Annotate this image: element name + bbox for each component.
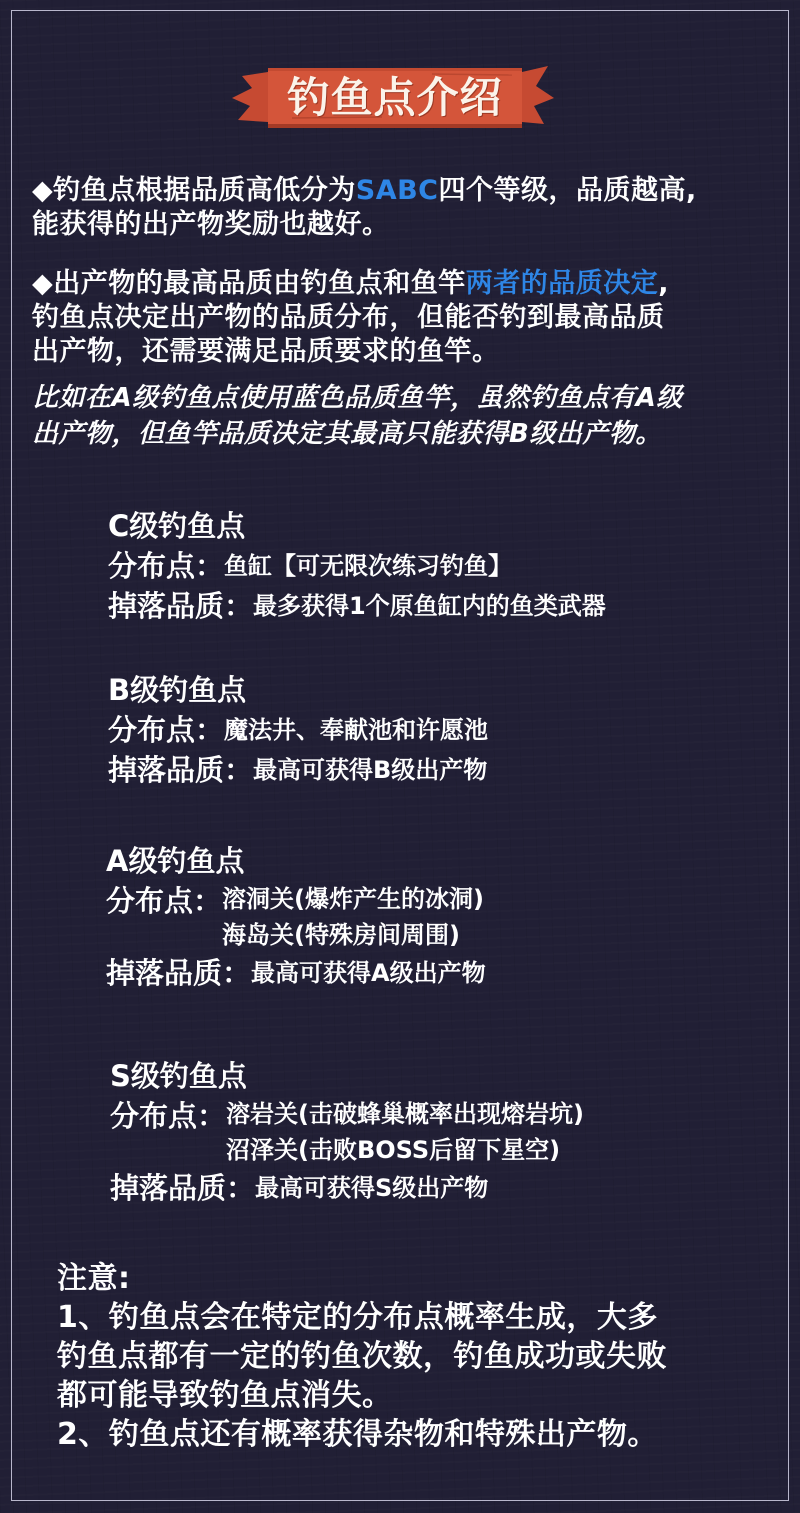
diamond-bullet-icon: ◆: [32, 175, 53, 206]
highlight-sabc: SABC: [356, 175, 439, 206]
note-line: 都可能导致钓鱼点消失。: [57, 1376, 667, 1415]
distribution-row: 分布点： 溶岩关(击破蜂巢概率出现熔岩坑) 沼泽关(击败BOSS后留下星空): [110, 1096, 584, 1168]
note-line: 1、钓鱼点会在特定的分布点概率生成，大多: [57, 1298, 667, 1337]
drop-row: 掉落品质： 最高可获得B级出产物: [108, 750, 488, 790]
grade-b-section: B级钓鱼点 分布点： 魔法井、奉献池和许愿池 掉落品质： 最高可获得B级出产物: [108, 670, 488, 790]
drop-row: 掉落品质： 最高可获得S级出产物: [110, 1168, 584, 1208]
note-line: 2、钓鱼点还有概率获得杂物和特殊出产物。: [57, 1415, 667, 1454]
diamond-bullet-icon: ◆: [32, 268, 53, 299]
highlight-quality: 两者的品质决定: [466, 268, 659, 299]
drop-row: 掉落品质： 最多获得1个原鱼缸内的鱼类武器: [108, 586, 606, 626]
note-line: 钓鱼点都有一定的钓鱼次数，钓鱼成功或失败: [57, 1337, 667, 1376]
grade-s-section: S级钓鱼点 分布点： 溶岩关(击破蜂巢概率出现熔岩坑) 沼泽关(击败BOSS后留…: [110, 1056, 584, 1208]
intro-paragraph-2: ◆出产物的最高品质由钓鱼点和鱼竿两者的品质决定, 钓鱼点决定出产物的品质分布，但…: [32, 267, 669, 369]
grade-title: C级钓鱼点: [108, 506, 606, 546]
page-title: 钓鱼点介绍: [268, 68, 522, 128]
example-paragraph: 比如在A级钓鱼点使用蓝色品质鱼竿，虽然钓鱼点有A级 出产物，但鱼竿品质决定其最高…: [32, 380, 683, 452]
intro-paragraph-1: ◆钓鱼点根据品质高低分为SABC四个等级，品质越高, 能获得的出产物奖励也越好。: [32, 174, 697, 242]
grade-c-section: C级钓鱼点 分布点： 鱼缸【可无限次练习钓鱼】 掉落品质： 最多获得1个原鱼缸内…: [108, 506, 606, 626]
grade-title: B级钓鱼点: [108, 670, 488, 710]
notes-heading: 注意:: [57, 1259, 667, 1298]
distribution-row: 分布点： 溶洞关(爆炸产生的冰洞) 海岛关(特殊房间周围): [106, 881, 486, 953]
drop-row: 掉落品质： 最高可获得A级出产物: [106, 953, 486, 993]
grade-title: S级钓鱼点: [110, 1056, 584, 1096]
notes-section: 注意: 1、钓鱼点会在特定的分布点概率生成，大多 钓鱼点都有一定的钓鱼次数，钓鱼…: [57, 1259, 667, 1454]
title-banner: 钓鱼点介绍: [232, 60, 554, 136]
grade-a-section: A级钓鱼点 分布点： 溶洞关(爆炸产生的冰洞) 海岛关(特殊房间周围) 掉落品质…: [106, 841, 486, 993]
grade-title: A级钓鱼点: [106, 841, 486, 881]
distribution-row: 分布点： 鱼缸【可无限次练习钓鱼】: [108, 546, 606, 586]
distribution-row: 分布点： 魔法井、奉献池和许愿池: [108, 710, 488, 750]
